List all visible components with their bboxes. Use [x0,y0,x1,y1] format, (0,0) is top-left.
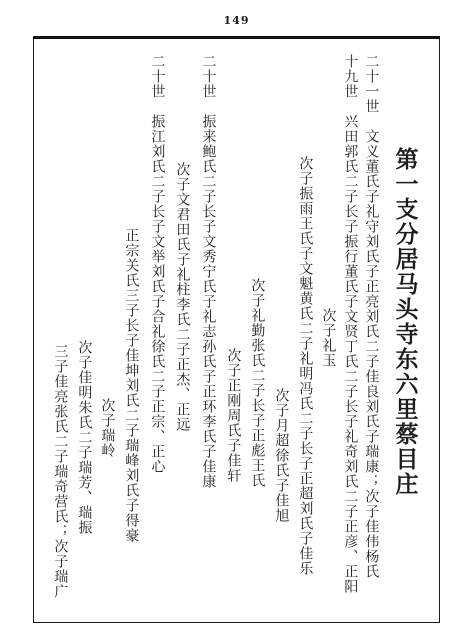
genealogy-entry-gen20-zhenjiang: 二十世 振江刘氏二子长子文举刘氏子合礼徐氏二子正宗、正心 [149,54,164,474]
genealogy-entry-zhenggang: 次子正刚周氏子佳轩 [225,348,240,483]
genealogy-page: 149 第一支分居马头寺东六里蔡目庄 二十一世 文义董氏子礼守刘氏子正亮刘氏二子… [0,0,455,641]
genealogy-entry-liqin: 次子礼勤张氏二子长子正彪王氏 [249,278,264,488]
genealogy-entry-ruiling: 次子瑞岭 [99,398,114,458]
genealogy-entry-wenjun: 次子文君田氏子礼柱李氏二子正杰、正远 [174,162,189,432]
genealogy-entry-gen20-zhenlai: 二十世 振来鲍氏二子长子文秀宁氏子礼志孙氏子正环李氏子佳康 [200,54,215,489]
genealogy-entry-jiaming: 次子佳明朱氏二子瑞芳、瑞振 [76,340,91,535]
genealogy-entry-gen19-xingtian: 十九世 兴田郭氏二子长子振行董氏子文贤丁氏二子长子礼奇刘氏二子正彦、正阳 [342,54,357,594]
genealogy-entry-gen21-wenyi: 二十一世 文义董氏子礼守刘氏子正亮刘氏二子佳良刘氏子瑞康；次子佳伟杨氏 [363,54,378,579]
section-title: 第一支分居马头寺东六里蔡目庄 [391,147,417,497]
genealogy-entry-yuechao: 次子月超徐氏子佳旭 [273,388,288,523]
genealogy-entry-jialiang: 三子佳亮张氏二子瑞奇营氏；次子瑞广 [52,344,67,599]
genealogy-entry-zhengzong: 正宗关氏三子长子佳坤刘氏二子瑞峰刘氏子得豪 [123,228,138,543]
genealogy-entry-liyu: 次子礼玉 [320,308,335,368]
genealogy-entry-zhenyu: 次子振雨王氏子文魁黄氏二子礼明冯氏二子长子正超刘氏子佳乐 [297,156,312,576]
page-number: 149 [33,14,440,27]
